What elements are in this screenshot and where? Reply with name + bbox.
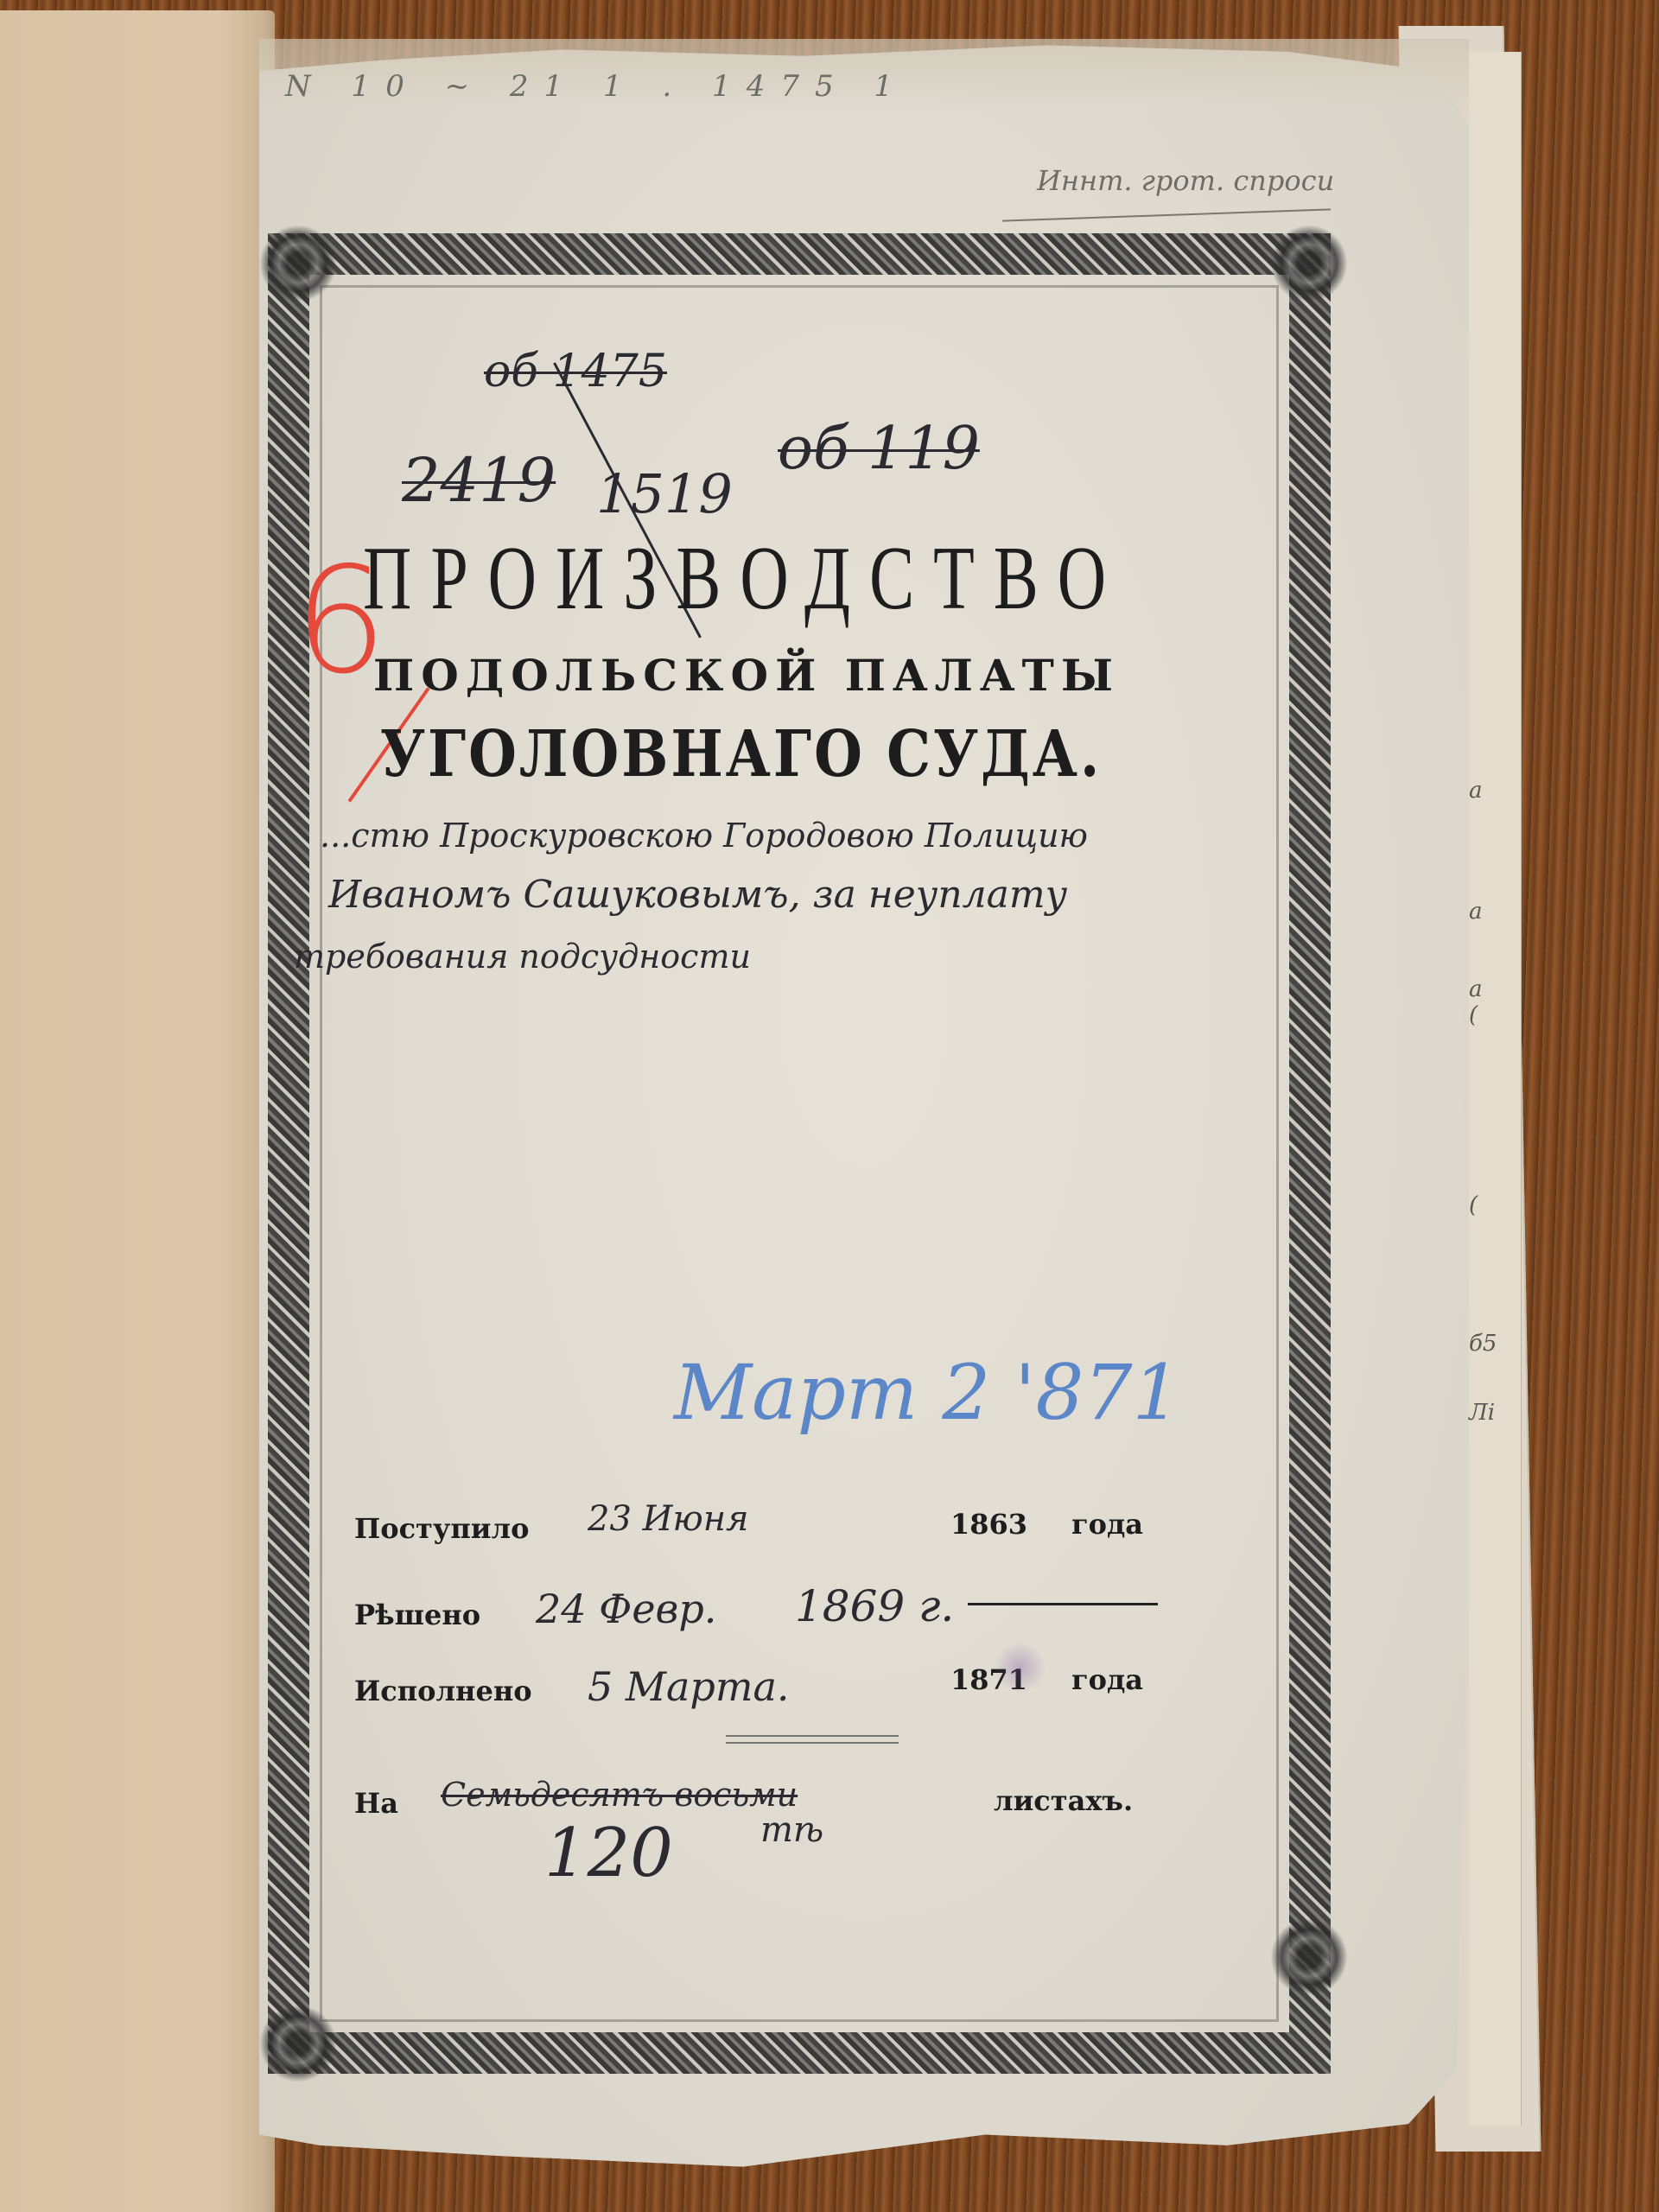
sheets-suffix: листахъ. [994,1784,1133,1817]
field-received-suffix: года [1071,1508,1143,1541]
field-decided-line [968,1603,1158,1605]
corner-ornament-top-left [259,225,337,302]
archive-number-crossed-left: 2419 [402,445,556,516]
case-description-line-2: Иваномъ Сашуковымъ, за неуплату [328,873,1067,917]
title-production: ПРОИЗВОДСТВО [363,525,1125,631]
archive-number-crossed-right: об 119 [778,415,980,483]
title-podolsk-chamber: ПОДОЛЬСКОЙ ПАЛАТЫ [373,650,1120,701]
blue-pencil-date: Март 2 '871 [674,1348,1180,1437]
divider-ornament [726,1735,899,1744]
sheets-number: 120 [544,1815,673,1892]
margin-mark-1: а [1469,778,1483,804]
field-executed-date: 5 Марта. [588,1663,790,1710]
field-executed-label: Исполнено [354,1675,532,1707]
case-description-line-1: ...стю Проскуровскою Городовою Полицию [320,817,1088,855]
top-edge-marks: Ν 10 ~ 21 1 . 1475 1 [285,69,908,104]
archive-number-crossed-top: об 1475 [484,346,667,397]
field-received-date: 23 Июня [588,1499,749,1539]
archive-number-current: 1519 [596,462,733,525]
field-decided-label: Рѣшено [354,1599,480,1631]
field-decided-year: 1869 г. [795,1581,954,1631]
field-executed-suffix: года [1071,1663,1143,1696]
case-description-line-3: требования подсудности [294,938,751,976]
sheets-number-suffix: тѣ [760,1810,823,1850]
title-criminal-court: УГОЛОВНАГО СУДА. [380,717,1102,791]
field-received-label: Поступило [354,1512,529,1545]
left-facing-page [0,10,275,2212]
sheets-crossed-words: Семьдесятъ восьми [441,1776,798,1814]
margin-mark-7: Лі [1469,1400,1495,1426]
violet-ink-smudge [994,1642,1046,1694]
margin-mark-6: б5 [1469,1331,1497,1357]
top-right-note: Иннт. грот. спроси [1037,164,1334,197]
field-decided-date: 24 Февр. [536,1586,716,1632]
margin-mark-2: а [1469,899,1483,925]
underlying-sheet-edge [1469,52,1522,2126]
corner-ornament-bottom-right [1270,1918,1348,1996]
field-received-year: 1863 [950,1508,1027,1541]
margin-mark-4: ( [1469,1002,1478,1028]
corner-ornament-top-right [1270,225,1348,302]
sheets-prefix: На [354,1787,398,1820]
margin-mark-5: ( [1469,1192,1478,1218]
corner-ornament-bottom-left [259,2005,337,2082]
margin-mark-3: а [1469,976,1483,1002]
